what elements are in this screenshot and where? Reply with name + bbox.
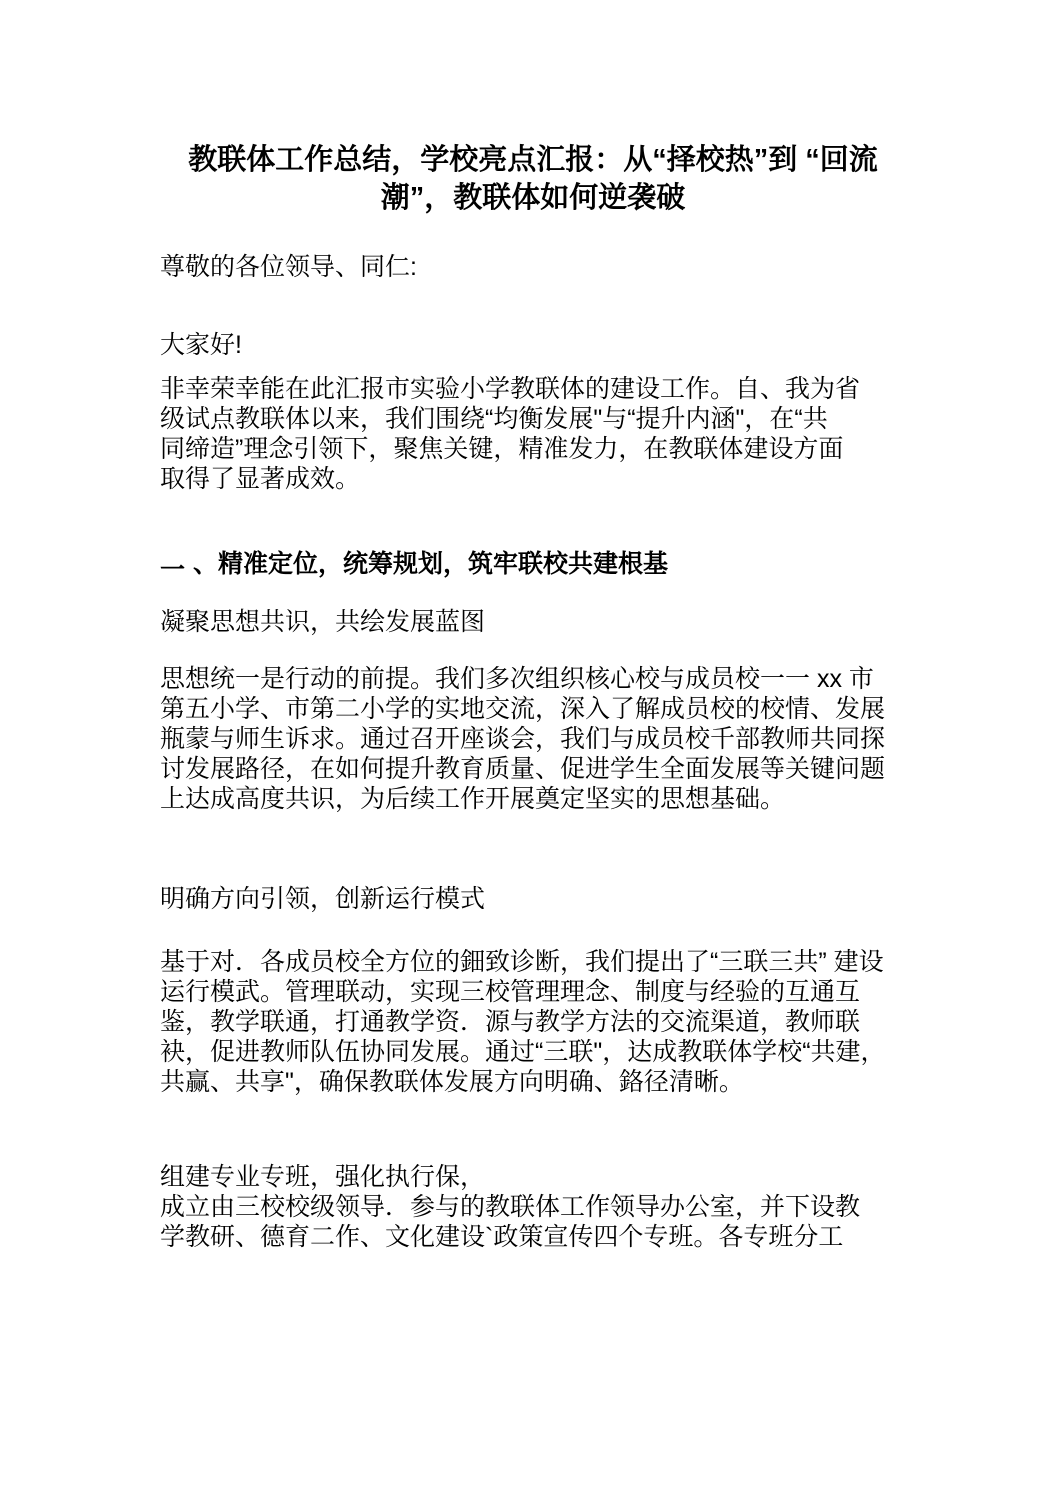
heading-dash: 一 (160, 555, 185, 585)
salutation: 尊敬的各位领导、同仁: (160, 252, 906, 282)
paragraph-line: 学教研、德育二作、文化建设`政策宣传四个专班。各专班分工 (160, 1222, 906, 1252)
paragraph-line: 上达成高度共识，为后续工作开展奠定坚实的思想基础。 (160, 784, 906, 814)
paragraph-line: 成立由三校校级领导．参与的教联体工作领导办公室，并下设教 (160, 1192, 906, 1222)
paragraph-taskforce: 成立由三校校级领导．参与的教联体工作领导办公室，并下设教 学教研、德育二作、文化… (160, 1192, 906, 1252)
paragraph-line: 共赢、共享"，确保教联体发展方向明确、鉻径清晰。 (160, 1067, 906, 1097)
greeting: 大家好! (160, 330, 906, 360)
title-line: 潮”，教联体如何逆袭破 (160, 179, 906, 217)
document-title: 教联体工作总结，学校亮点汇报：从“择校热”到 “回流 潮”，教联体如何逆袭破 (160, 141, 906, 217)
document-page: 教联体工作总结，学校亮点汇报：从“择校热”到 “回流 潮”，教联体如何逆袭破 尊… (0, 0, 1056, 1493)
paragraph-consensus: 思想统一是行动的前提。我们多次组织核心校与成员校一一 xx 市 第五小学、市第二… (160, 664, 906, 814)
section-1-heading: 一、精准定位，统筹规划，筑牢联校共建根基 (160, 549, 906, 579)
paragraph-direction: 基于对．各成员校全方位的鈿致诊断，我们提出了“三联三共” 建设 运行模武。管理联… (160, 947, 906, 1097)
paragraph-line: 袂，促进教师队伍协同发展。通过“三联"，达成教联体学校“共建， (160, 1037, 906, 1067)
paragraph-line: 瓶蒙与师生诉求。通过召开座谈会，我们与成员校千部教师共同探 (160, 724, 906, 754)
paragraph-line: 取得了显著成效。 (160, 464, 906, 494)
paragraph-line: 同缔造”理念引领下，聚焦关键，精准发力，在教联体建设方面 (160, 434, 906, 464)
document-content: 教联体工作总结，学校亮点汇报：从“择校热”到 “回流 潮”，教联体如何逆袭破 尊… (0, 0, 1056, 1252)
subheading-direction: 明确方向引领，创新运行模式 (160, 884, 906, 914)
paragraph-line: 级试点教联体以来，我们围绕“均衡发展"与“提升内涵"，在“共 (160, 404, 906, 434)
paragraph-line: 鉴，教学联通，打通教学资．源与教学方法的交流渠道，教师联 (160, 1007, 906, 1037)
paragraph-line: 讨发展路径，在如何提升教育质量、促进学生全面发展等关键问题 (160, 754, 906, 784)
title-line: 教联体工作总结，学校亮点汇报：从“择校热”到 “回流 (160, 141, 906, 179)
paragraph-line: 思想统一是行动的前提。我们多次组织核心校与成员校一一 xx 市 (160, 664, 906, 694)
heading-text: 、精准定位，统筹规划，筑牢联校共建根基 (193, 550, 668, 578)
subheading-taskforce: 组建专业专班，强化执行保， (160, 1162, 906, 1192)
paragraph-line: 运行模武。管理联动，实现三校管理理念、制度与经验的互通互 (160, 977, 906, 1007)
paragraph-line: 非幸荣幸能在此汇报市实验小学教联体的建设工作。自、我为省 (160, 374, 906, 404)
paragraph-intro: 非幸荣幸能在此汇报市实验小学教联体的建设工作。自、我为省 级试点教联体以来，我们… (160, 374, 906, 494)
paragraph-line: 第五小学、市第二小学的实地交流，深入了解成员校的校情、发展 (160, 694, 906, 724)
paragraph-line: 基于对．各成员校全方位的鈿致诊断，我们提出了“三联三共” 建设 (160, 947, 906, 977)
subheading-consensus: 凝聚思想共识，共绘发展蓝图 (160, 607, 906, 637)
